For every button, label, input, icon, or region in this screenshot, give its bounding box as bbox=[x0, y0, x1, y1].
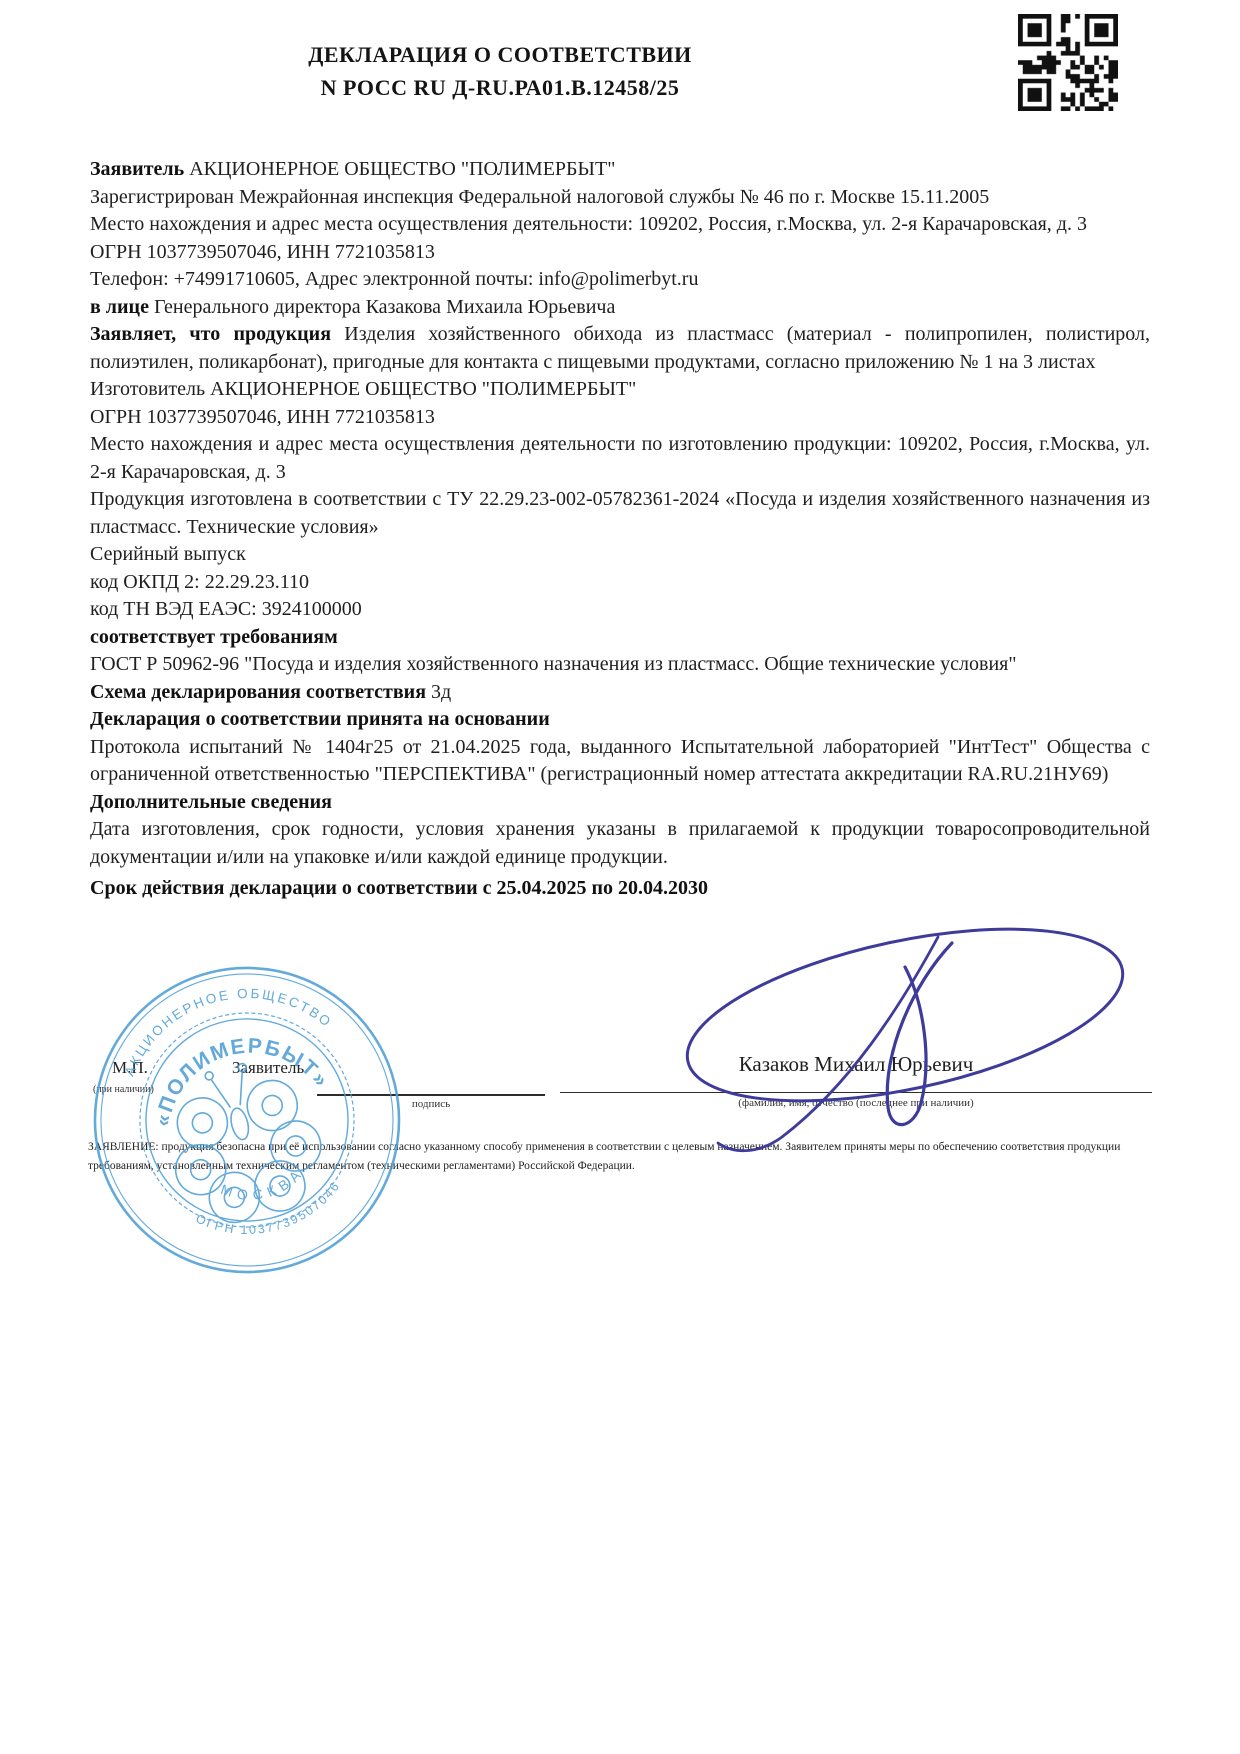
qr-code bbox=[1018, 14, 1118, 114]
paragraph: ОГРН 1037739507046, ИНН 7721035813 bbox=[90, 239, 1150, 267]
paragraph: Схема декларирования соответствия 3д bbox=[90, 679, 1150, 707]
paragraph: Место нахождения и адрес места осуществл… bbox=[90, 431, 1150, 486]
paragraph: Срок действия декларации о соответствии … bbox=[90, 875, 1150, 903]
document-number: N РОСС RU Д-RU.РА01.В.12458/25 bbox=[90, 71, 910, 104]
paragraph: Дата изготовления, срок годности, услови… bbox=[90, 816, 1150, 871]
paragraph: код ТН ВЭД ЕАЭС: 3924100000 bbox=[90, 596, 1150, 624]
company-stamp: АКЦИОНЕРНОЕ ОБЩЕСТВО ОГРН 1037739507046 … bbox=[82, 952, 412, 1287]
paragraph: Зарегистрирован Межрайонная инспекция Фе… bbox=[90, 184, 1150, 212]
paragraph: Серийный выпуск bbox=[90, 541, 1150, 569]
declaration-document: ДЕКЛАРАЦИЯ О СООТВЕТСТВИИ N РОСС RU Д-RU… bbox=[0, 0, 1240, 1754]
paragraph: Место нахождения и адрес места осуществл… bbox=[90, 211, 1150, 239]
document-title: ДЕКЛАРАЦИЯ О СООТВЕТСТВИИ bbox=[90, 38, 910, 71]
paragraph: ГОСТ Р 50962-96 "Посуда и изделия хозяйс… bbox=[90, 651, 1150, 679]
paragraph: Продукция изготовлена в соответствии с Т… bbox=[90, 486, 1150, 541]
qr-code-canvas bbox=[1018, 14, 1118, 111]
document-header: ДЕКЛАРАЦИЯ О СООТВЕТСТВИИ N РОСС RU Д-RU… bbox=[90, 38, 910, 104]
paragraph: код ОКПД 2: 22.29.23.110 bbox=[90, 569, 1150, 597]
stamp-graphic: АКЦИОНЕРНОЕ ОБЩЕСТВО ОГРН 1037739507046 … bbox=[82, 952, 412, 1287]
paragraph: Дополнительные сведения bbox=[90, 789, 1150, 817]
handwritten-signature bbox=[520, 915, 1160, 1170]
paragraph: Заявитель АКЦИОНЕРНОЕ ОБЩЕСТВО "ПОЛИМЕРБ… bbox=[90, 156, 1150, 184]
paragraph: Заявляет, что продукция Изделия хозяйств… bbox=[90, 321, 1150, 376]
paragraph: Декларация о соответствии принята на осн… bbox=[90, 706, 1150, 734]
paragraph: ОГРН 1037739507046, ИНН 7721035813 bbox=[90, 404, 1150, 432]
document-body: Заявитель АКЦИОНЕРНОЕ ОБЩЕСТВО "ПОЛИМЕРБ… bbox=[90, 156, 1150, 903]
paragraph: Протокола испытаний № 1404г25 от 21.04.2… bbox=[90, 734, 1150, 789]
paragraph: в лице Генерального директора Казакова М… bbox=[90, 294, 1150, 322]
paragraph: Телефон: +74991710605, Адрес электронной… bbox=[90, 266, 1150, 294]
paragraph: Изготовитель АКЦИОНЕРНОЕ ОБЩЕСТВО "ПОЛИМ… bbox=[90, 376, 1150, 404]
paragraph: соответствует требованиям bbox=[90, 624, 1150, 652]
